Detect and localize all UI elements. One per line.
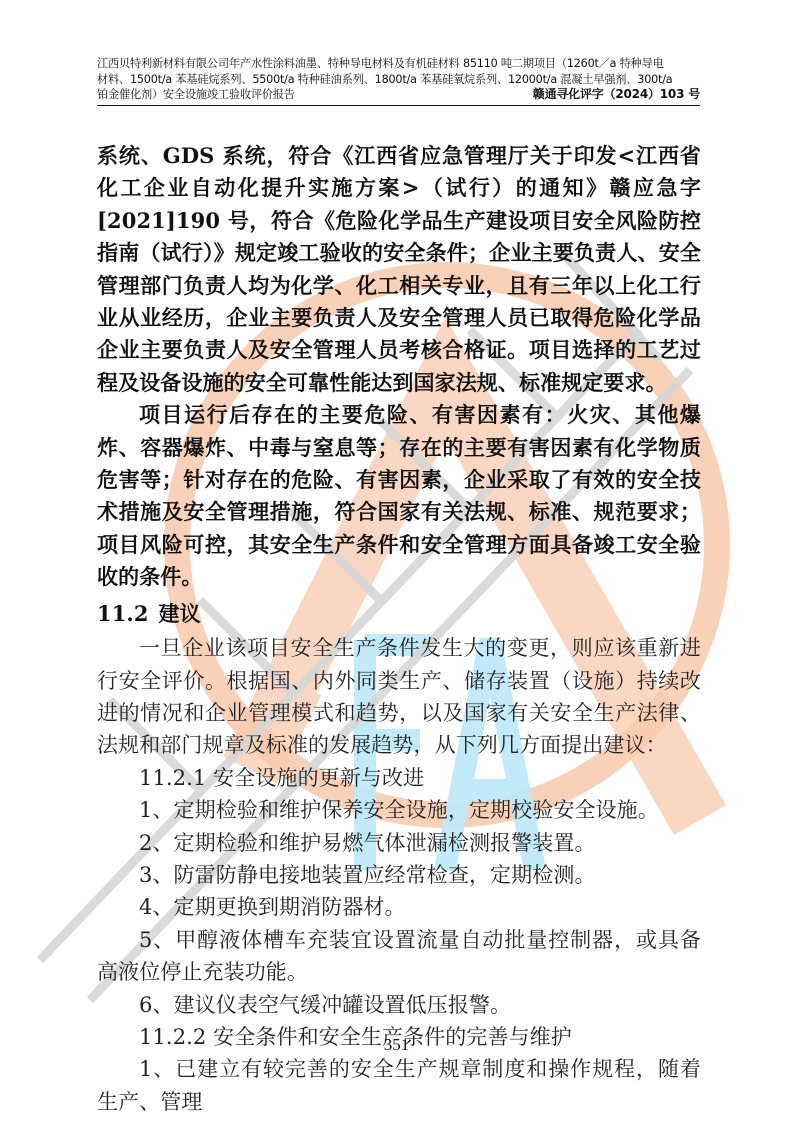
list-item: 1、定期检验和维护保养安全设施，定期校验安全设施。 xyxy=(97,794,701,826)
document-body: 系统、GDS 系统，符合《江西省应急管理厅关于印发<江西省化工企业自动化提升实施… xyxy=(97,140,701,1118)
list-item: 4、定期更换到期消防器材。 xyxy=(97,891,701,923)
suggestion-intro-paragraph: 一旦企业该项目安全生产条件发生大的变更，则应该重新进行安全评价。根据国、内外同类… xyxy=(97,632,701,762)
header-title-line-2: 材料、1500t/a 苯基硅烷系列、5500t/a 特种硅油系列、1800t/a… xyxy=(97,72,700,88)
subsection-heading-1: 11.2.1 安全设施的更新与改进 xyxy=(97,762,701,794)
section-number: 11.2 xyxy=(97,601,149,626)
document-page: 江西贝特利新材料有限公司年产水性涂料油墨、特种导电材料及有机硅材料 85110 … xyxy=(0,0,793,1122)
header-title-line-3: 铂金催化剂）安全设施竣工验收评价报告 xyxy=(97,87,295,103)
document-number: 赣通寻化评字（2024）103 号 xyxy=(533,87,700,103)
conclusion-paragraph-1: 系统、GDS 系统，符合《江西省应急管理厅关于印发<江西省化工企业自动化提升实施… xyxy=(97,140,701,399)
section-heading: 11.2建议 xyxy=(97,598,701,630)
section-title: 建议 xyxy=(159,601,201,626)
list-item: 2、定期检验和维护易燃气体泄漏检测报警装置。 xyxy=(97,827,701,859)
report-header: 江西贝特利新材料有限公司年产水性涂料油墨、特种导电材料及有机硅材料 85110 … xyxy=(97,56,700,103)
list-item: 5、甲醇液体槽车充装宜设置流量自动批量控制器，或具备高液位停止充装功能。 xyxy=(97,924,701,989)
list-item: 1、已建立有较完善的安全生产规章制度和操作规程，随着生产、管理 xyxy=(97,1053,701,1118)
list-item: 3、防雷防静电接地装置应经常检查，定期检测。 xyxy=(97,859,701,891)
header-title-line-1: 江西贝特利新材料有限公司年产水性涂料油墨、特种导电材料及有机硅材料 85110 … xyxy=(97,56,700,72)
conclusion-paragraph-2: 项目运行后存在的主要危险、有害因素有：火灾、其他爆炸、容器爆炸、中毒与窒息等；存… xyxy=(97,399,701,593)
list-item: 6、建议仪表空气缓冲罐设置低压报警。 xyxy=(97,989,701,1021)
page-number: 351 xyxy=(0,1035,793,1055)
header-divider xyxy=(97,105,700,106)
header-row-3: 铂金催化剂）安全设施竣工验收评价报告 赣通寻化评字（2024）103 号 xyxy=(97,87,700,103)
